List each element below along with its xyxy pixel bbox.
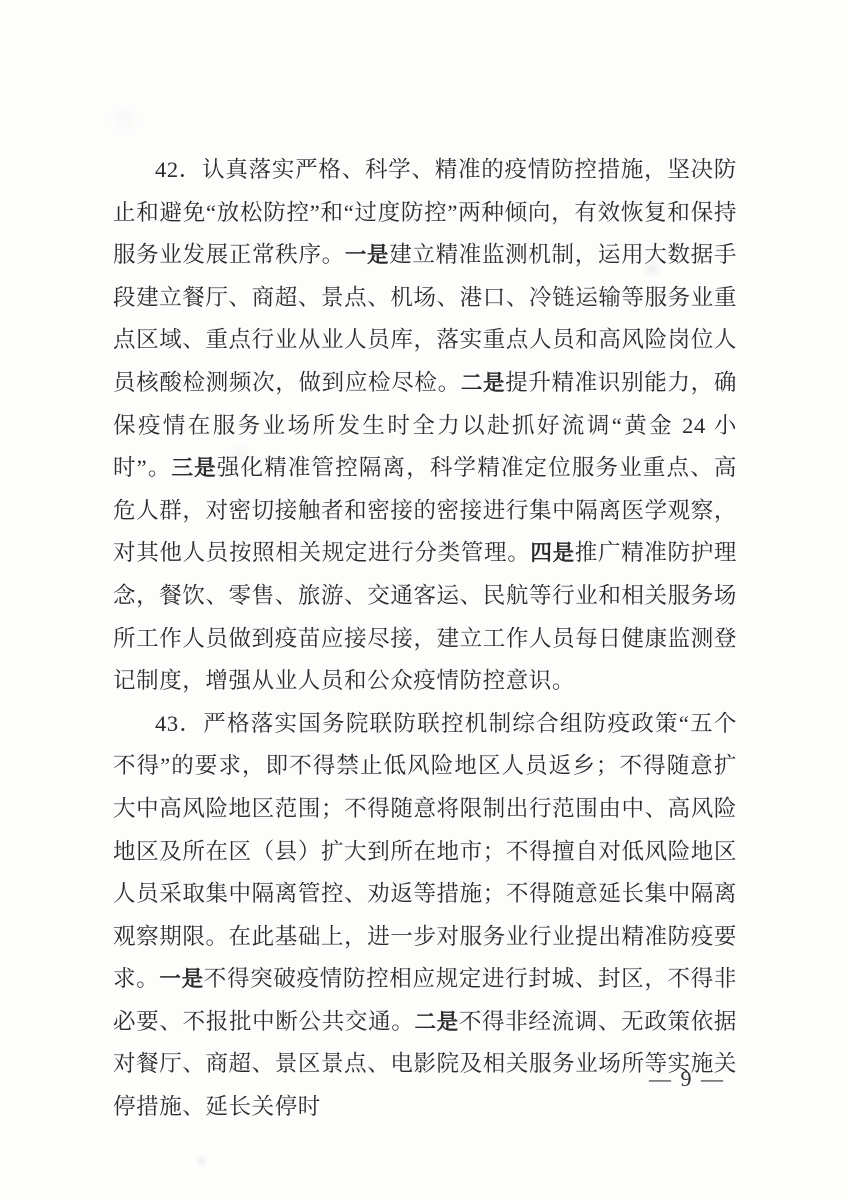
emphasis-segment: 四是 [530,541,574,565]
emphasis-segment: 一是 [345,243,389,267]
text-segment: 43．严格落实国务院联防联控机制综合组防疫政策“五个不得”的要求，即不得禁止低风… [113,711,737,992]
document-body: 42．认真落实严格、科学、精准的疫情防控措施，坚决防止和避免“放松防控”和“过度… [113,149,737,1129]
emphasis-segment: 三是 [172,456,217,480]
emphasis-segment: 二是 [414,1010,458,1034]
emphasis-segment: 二是 [461,371,505,395]
document-page: 42．认真落实严格、科学、精准的疫情防控措施，坚决防止和避免“放松防控”和“过度… [0,0,849,1200]
page-number: — 9 — [649,1066,725,1092]
emphasis-segment: 一是 [159,967,203,991]
paragraph-item-43: 43．严格落实国务院联防联控机制综合组防疫政策“五个不得”的要求，即不得禁止低风… [113,703,737,1129]
paragraph-item-42: 42．认真落实严格、科学、精准的疫情防控措施，坚决防止和避免“放松防控”和“过度… [113,149,737,703]
